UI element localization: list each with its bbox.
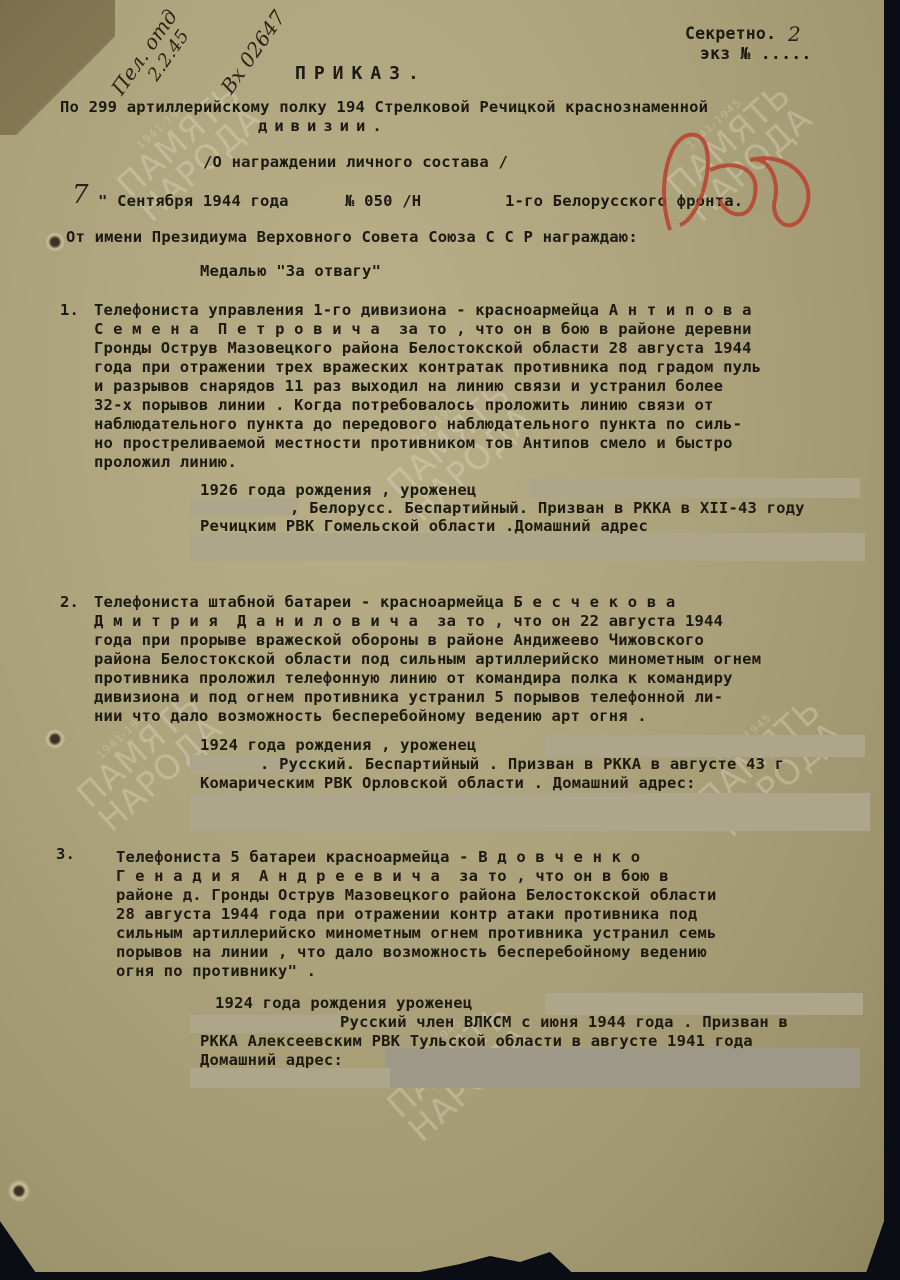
entry-text: Д м и т р и я Д а н и л о в и ч а за то … (94, 612, 723, 631)
entry-text: года при отражении трех вражеских контра… (94, 358, 761, 377)
entry-text: нии что дало возможность бесперебойному … (94, 707, 647, 726)
red-ink-mark (650, 125, 830, 240)
copy-label: экз № ..... (700, 44, 811, 63)
copy-number-handwritten: 2 (788, 22, 801, 46)
entry-text: дивизиона и под огнем противника устрани… (94, 688, 723, 707)
entry-text: но простреливаемой местности противником… (94, 434, 733, 453)
entry-text: порывов на линии , что дало возможность … (116, 943, 707, 962)
redacted-block (545, 993, 863, 1015)
entry-text: 32-х порывов линии . Когда потребовалось… (94, 396, 714, 415)
entry-number: 2. (60, 593, 79, 612)
bio-text: . Русский. Беспартийный . Призван в РККА… (260, 755, 784, 774)
entry-text: и разрывов снарядов 11 раз выходил на ли… (94, 377, 723, 396)
document-page: 1941-1945ПАМЯТЬНАРОДА 1941-1945ПАМЯТЬНАР… (0, 0, 884, 1272)
bio-text: Речицким РВК Гомельской области .Домашни… (200, 517, 648, 536)
date-month-year: " Сентября 1944 года (98, 192, 289, 211)
entry-text: проложил линию. (94, 453, 237, 472)
entry-text: Г е н а д и я А н д р е е в и ч а за то … (116, 867, 669, 886)
entry-text: года при прорыве вражеской обороны в рай… (94, 631, 704, 650)
bio-text: РККА Алексеевским РВК Тульской области в… (200, 1032, 753, 1051)
preamble: От имени Президиума Верховного Совета Со… (66, 228, 638, 247)
entry-text: Телефониста управления 1-го дивизиона - … (94, 301, 752, 320)
bio-text: 1924 года рождения , уроженец (200, 736, 476, 755)
bio-text: 1926 года рождения , уроженец (200, 481, 476, 500)
day-handwritten: 7 (72, 180, 89, 210)
entry-text: С е м е н а П е т р о в и ч а за то , чт… (94, 320, 752, 339)
entry-number: 3. (56, 845, 75, 864)
unit-line-2: дивизии. (258, 117, 389, 136)
redacted-block (545, 735, 865, 757)
entry-text: района Белостокской области под сильным … (94, 650, 761, 669)
award-name: Медалью "За отвагу" (200, 262, 381, 281)
redacted-block (190, 498, 298, 516)
redacted-block (190, 1068, 390, 1088)
bio-text: Домашний адрес: (200, 1051, 343, 1070)
entry-text: противника проложил телефонную линию от … (94, 669, 733, 688)
redacted-block (190, 1015, 340, 1033)
document-title: ПРИКАЗ. (295, 63, 427, 84)
bio-text: 1924 года рождения уроженец (215, 994, 472, 1013)
entry-text: районе д. Гронды Острув Мазовецкого райо… (116, 886, 717, 905)
punch-hole (8, 1180, 30, 1202)
entry-text: наблюдательного пункта до передового наб… (94, 415, 742, 434)
entry-text: Гронды Острув Мазовецкого района Белосто… (94, 339, 752, 358)
entry-text: Телефониста 5 батареи красноармейца - В … (116, 848, 640, 867)
entry-text: 28 августа 1944 года при отражении контр… (116, 905, 697, 924)
punch-hole (44, 728, 66, 750)
bio-text: Русский член ВЛКСМ с июня 1944 года . Пр… (340, 1013, 788, 1032)
redacted-block (530, 478, 860, 498)
handwritten-note: Вх 02647 (216, 6, 291, 98)
entry-number: 1. (60, 301, 79, 320)
entry-text: Телефониста штабной батареи - красноарме… (94, 593, 675, 612)
entry-text: огня по противнику" . (116, 962, 316, 981)
subject-line: /О награждении личного состава / (203, 153, 508, 172)
bio-text: Комаричеcким РВК Орловской области . Дом… (200, 774, 696, 793)
redacted-block (190, 533, 865, 561)
unit-line: По 299 артиллерийскому полку 194 Стрелко… (60, 98, 708, 117)
bio-text: , Белорусс. Беспартийный. Призван в РККА… (290, 499, 805, 518)
entry-text: сильным артиллерийско минометным огнем п… (116, 924, 717, 943)
redacted-block (190, 793, 870, 831)
order-number: № 050 /Н (345, 192, 421, 211)
punch-hole (44, 231, 66, 253)
redacted-block (385, 1048, 860, 1088)
classification-label: Секретно. (685, 24, 776, 43)
